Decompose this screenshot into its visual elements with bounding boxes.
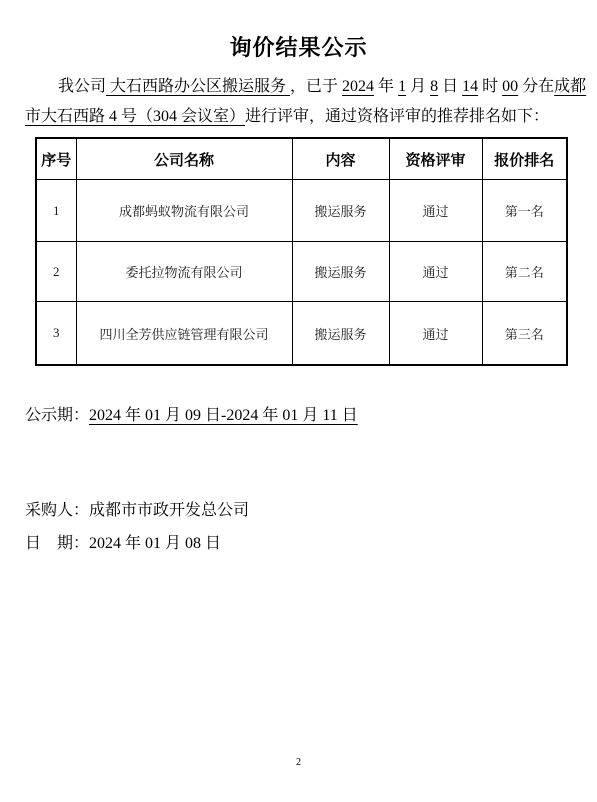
cell-company: 成都蚂蚁物流有限公司 xyxy=(76,180,292,242)
underlined-text: 14 xyxy=(462,78,478,95)
cell-ranking: 第三名 xyxy=(482,302,567,366)
cell-content: 搬运服务 xyxy=(292,242,389,302)
purchaser-name: 成都市市政开发总公司 xyxy=(89,502,249,519)
text-segment: 我公司 xyxy=(58,78,106,95)
col-header-content: 内容 xyxy=(292,138,389,180)
text-segment: 分在 xyxy=(518,78,554,95)
notice-period-line: 公示期：2024 年 01 月 09 日-2024 年 01 月 11 日 xyxy=(25,402,358,425)
table-row: 2 委托拉物流有限公司 搬运服务 通过 第二名 xyxy=(36,242,567,302)
table-header-row: 序号 公司名称 内容 资格评审 报价排名 xyxy=(36,138,567,180)
cell-index: 3 xyxy=(36,302,76,366)
purchaser-line: 采购人：成都市市政开发总公司 xyxy=(25,497,249,520)
cell-qualification: 通过 xyxy=(389,302,482,366)
document-page: 询价结果公示 我公司 大石西路办公区搬运服务 ，已于 2024 年 1 月 8 … xyxy=(0,0,597,802)
col-header-ranking: 报价排名 xyxy=(482,138,567,180)
intro-line-2: 市大石西路 4 号（304 会议室）进行评审，通过资格评审的推荐排名如下： xyxy=(25,102,570,132)
page-number: 2 xyxy=(0,757,597,768)
cell-company: 四川全芳供应链管理有限公司 xyxy=(76,302,292,366)
date-value: 2024 年 01 月 08 日 xyxy=(89,535,221,552)
text-segment: 月 xyxy=(406,78,430,95)
table-row: 3 四川全芳供应链管理有限公司 搬运服务 通过 第三名 xyxy=(36,302,567,366)
cell-index: 1 xyxy=(36,180,76,242)
underlined-text: 1 xyxy=(398,78,406,95)
col-header-index: 序号 xyxy=(36,138,76,180)
underlined-text: 00 xyxy=(502,78,518,95)
text-segment: 日 xyxy=(438,78,462,95)
col-header-qualification: 资格评审 xyxy=(389,138,482,180)
text-segment: 进行评审，通过资格评审的推荐排名如下： xyxy=(245,108,549,125)
underlined-text: 大石西路办公区搬运服务 xyxy=(106,78,290,95)
cell-ranking: 第一名 xyxy=(482,180,567,242)
intro-paragraph: 我公司 大石西路办公区搬运服务 ，已于 2024 年 1 月 8 日 14 时 … xyxy=(25,72,570,132)
results-table: 序号 公司名称 内容 资格评审 报价排名 1 成都蚂蚁物流有限公司 搬运服务 通… xyxy=(35,137,568,366)
text-segment: 年 xyxy=(374,78,398,95)
purchaser-label: 采购人： xyxy=(25,502,89,519)
notice-period-label: 公示期： xyxy=(25,407,89,424)
cell-content: 搬运服务 xyxy=(292,180,389,242)
cell-content: 搬运服务 xyxy=(292,302,389,366)
cell-ranking: 第二名 xyxy=(482,242,567,302)
underlined-text: 市大石西路 4 号（304 会议室） xyxy=(25,108,245,125)
cell-index: 2 xyxy=(36,242,76,302)
underlined-text: 成都 xyxy=(554,78,586,95)
text-segment: 时 xyxy=(478,78,502,95)
cell-qualification: 通过 xyxy=(389,242,482,302)
notice-period-value: 2024 年 01 月 09 日-2024 年 01 月 11 日 xyxy=(89,407,358,424)
underlined-text: 8 xyxy=(430,78,438,95)
col-header-company: 公司名称 xyxy=(76,138,292,180)
document-title: 询价结果公示 xyxy=(0,31,597,62)
cell-qualification: 通过 xyxy=(389,180,482,242)
underlined-text: 2024 xyxy=(342,78,374,95)
text-segment: ，已于 xyxy=(290,78,342,95)
date-label: 日 期： xyxy=(25,535,89,552)
date-line: 日 期：2024 年 01 月 08 日 xyxy=(25,530,221,553)
intro-line-1: 我公司 大石西路办公区搬运服务 ，已于 2024 年 1 月 8 日 14 时 … xyxy=(25,72,570,102)
cell-company: 委托拉物流有限公司 xyxy=(76,242,292,302)
table-row: 1 成都蚂蚁物流有限公司 搬运服务 通过 第一名 xyxy=(36,180,567,242)
